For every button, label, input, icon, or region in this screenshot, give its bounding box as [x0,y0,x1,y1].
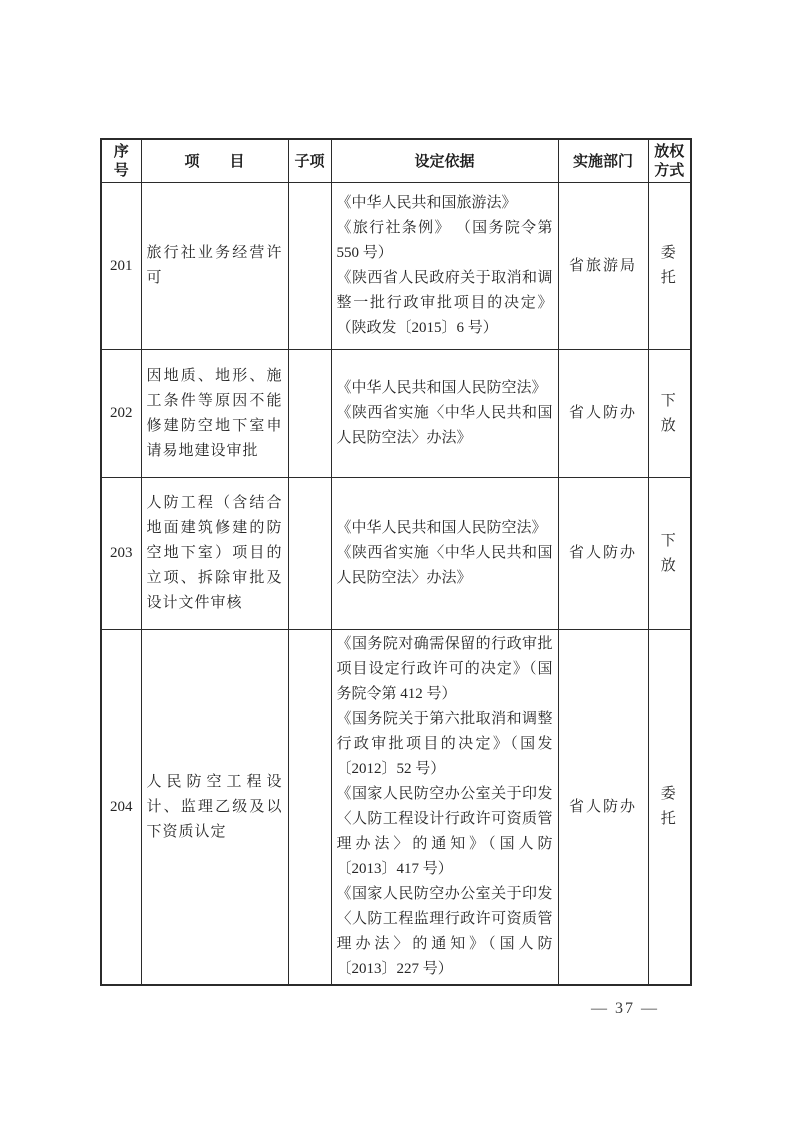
basis-law: 《陕西省人民政府关于取消和调整一批行政审批项目的决定》（陕政发〔2015〕6 号… [337,266,553,341]
basis-law: 《陕西省实施〈中华人民共和国人民防空法〉办法》 [337,401,553,451]
subitem-cell [288,478,331,630]
item-cell: 旅行社业务经营许可 [141,183,288,350]
approval-items-table: 序号 项 目 子项 设定依据 实施部门 放权方式 201 旅行社业务经营许可 《… [100,138,692,986]
table-row: 201 旅行社业务经营许可 《中华人民共和国旅游法》 《旅行社条例》 （国务院令… [101,183,691,350]
row-index: 202 [101,350,141,478]
table-header-row: 序号 项 目 子项 设定依据 实施部门 放权方式 [101,139,691,183]
basis-law: 《国务院对确需保留的行政审批项目设定行政许可的决定》（国务院令第 412 号） [337,632,553,707]
table-row: 203 人防工程（含结合地面建筑修建的防空地下室）项目的立项、拆除审批及设计文件… [101,478,691,630]
subitem-cell [288,350,331,478]
basis-cell: 《中华人民共和国旅游法》 《旅行社条例》 （国务院令第550 号） 《陕西省人民… [331,183,558,350]
header-item: 项 目 [141,139,288,183]
basis-law: 《陕西省实施〈中华人民共和国人民防空法〉办法》 [337,541,553,591]
mode-cell: 下放 [648,350,691,478]
table-row: 204 人民防空工程设计、监理乙级及以下资质认定 《国务院对确需保留的行政审批项… [101,630,691,986]
basis-law: 《旅行社条例》 （国务院令第550 号） [337,216,553,266]
basis-cell: 《中华人民共和国人民防空法》 《陕西省实施〈中华人民共和国人民防空法〉办法》 [331,350,558,478]
header-mode: 放权方式 [648,139,691,183]
item-cell: 人民防空工程设计、监理乙级及以下资质认定 [141,630,288,986]
header-basis: 设定依据 [331,139,558,183]
subitem-cell [288,183,331,350]
item-cell: 人防工程（含结合地面建筑修建的防空地下室）项目的立项、拆除审批及设计文件审核 [141,478,288,630]
basis-law: 《中华人民共和国旅游法》 [337,191,553,216]
mode-cell: 委托 [648,630,691,986]
row-index: 204 [101,630,141,986]
department-cell: 省人防办 [558,350,648,478]
page-number: — 37 — [560,1000,690,1018]
mode-cell: 下放 [648,478,691,630]
header-department: 实施部门 [558,139,648,183]
header-index: 序号 [101,139,141,183]
mode-cell: 委托 [648,183,691,350]
basis-cell: 《中华人民共和国人民防空法》 《陕西省实施〈中华人民共和国人民防空法〉办法》 [331,478,558,630]
document-page: 序号 项 目 子项 设定依据 实施部门 放权方式 201 旅行社业务经营许可 《… [0,0,793,1123]
table-row: 202 因地质、地形、施工条件等原因不能修建防空地下室申请易地建设审批 《中华人… [101,350,691,478]
row-index: 201 [101,183,141,350]
item-cell: 因地质、地形、施工条件等原因不能修建防空地下室申请易地建设审批 [141,350,288,478]
basis-law: 《国家人民防空办公室关于印发〈人防工程监理行政许可资质管理办法〉的通知》（国人防… [337,882,553,982]
basis-law: 《中华人民共和国人民防空法》 [337,376,553,401]
basis-law: 《国务院关于第六批取消和调整行政审批项目的决定》（国发〔2012〕52 号） [337,707,553,782]
department-cell: 省人防办 [558,630,648,986]
department-cell: 省人防办 [558,478,648,630]
basis-cell: 《国务院对确需保留的行政审批项目设定行政许可的决定》（国务院令第 412 号） … [331,630,558,986]
department-cell: 省旅游局 [558,183,648,350]
basis-law: 《国家人民防空办公室关于印发〈人防工程设计行政许可资质管理办法〉的通知》（国人防… [337,782,553,882]
row-index: 203 [101,478,141,630]
subitem-cell [288,630,331,986]
basis-law: 《中华人民共和国人民防空法》 [337,516,553,541]
header-subitem: 子项 [288,139,331,183]
